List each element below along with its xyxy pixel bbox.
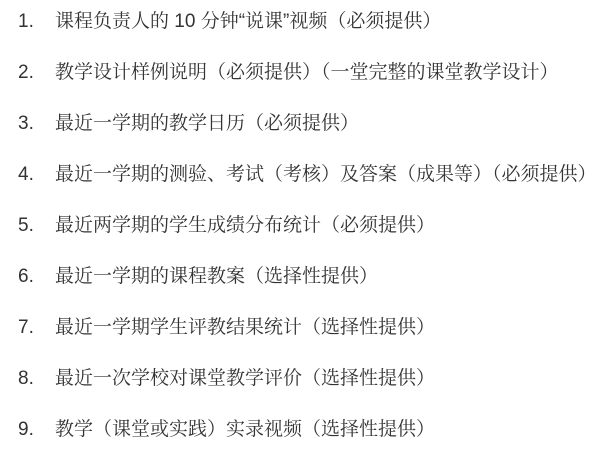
list-item: 6. 最近一学期的课程教案（选择性提供）: [0, 267, 612, 287]
list-item: 9. 教学（课堂或实践）实录视频（选择性提供）: [0, 420, 612, 440]
list-item: 5. 最近两学期的学生成绩分布统计（必须提供）: [0, 216, 612, 236]
list-item-text: 最近两学期的学生成绩分布统计（必须提供）: [55, 216, 612, 236]
list-item-number: 8.: [18, 369, 55, 389]
list-item-text: 课程负责人的 10 分钟“说课”视频（必须提供）: [55, 12, 612, 32]
list-item-number: 9.: [18, 420, 55, 440]
list-item-number: 1.: [18, 12, 55, 32]
list-item-number: 6.: [18, 267, 55, 287]
list-item-text: 教学（课堂或实践）实录视频（选择性提供）: [55, 420, 612, 440]
list-item: 1. 课程负责人的 10 分钟“说课”视频（必须提供）: [0, 12, 612, 32]
list-item-text: 最近一学期的教学日历（必须提供）: [55, 114, 612, 134]
list-item-number: 3.: [18, 114, 55, 134]
list-item: 8. 最近一次学校对课堂教学评价（选择性提供）: [0, 369, 612, 389]
numbered-list: 1. 课程负责人的 10 分钟“说课”视频（必须提供） 2. 教学设计样例说明（…: [0, 0, 612, 440]
list-item: 4. 最近一学期的测验、考试（考核）及答案（成果等）（必须提供）: [0, 165, 612, 185]
list-item-text: 最近一次学校对课堂教学评价（选择性提供）: [55, 369, 612, 389]
list-item-text: 教学设计样例说明（必须提供）（一堂完整的课堂教学设计）: [55, 63, 612, 83]
list-item-number: 4.: [18, 165, 55, 185]
list-item-text: 最近一学期的测验、考试（考核）及答案（成果等）（必须提供）: [55, 165, 612, 185]
list-item-number: 2.: [18, 63, 55, 83]
list-item-number: 5.: [18, 216, 55, 236]
list-item: 7. 最近一学期学生评教结果统计（选择性提供）: [0, 318, 612, 338]
list-item-number: 7.: [18, 318, 55, 338]
list-item: 3. 最近一学期的教学日历（必须提供）: [0, 114, 612, 134]
list-item: 2. 教学设计样例说明（必须提供）（一堂完整的课堂教学设计）: [0, 63, 612, 83]
list-item-text: 最近一学期的课程教案（选择性提供）: [55, 267, 612, 287]
list-item-text: 最近一学期学生评教结果统计（选择性提供）: [55, 318, 612, 338]
